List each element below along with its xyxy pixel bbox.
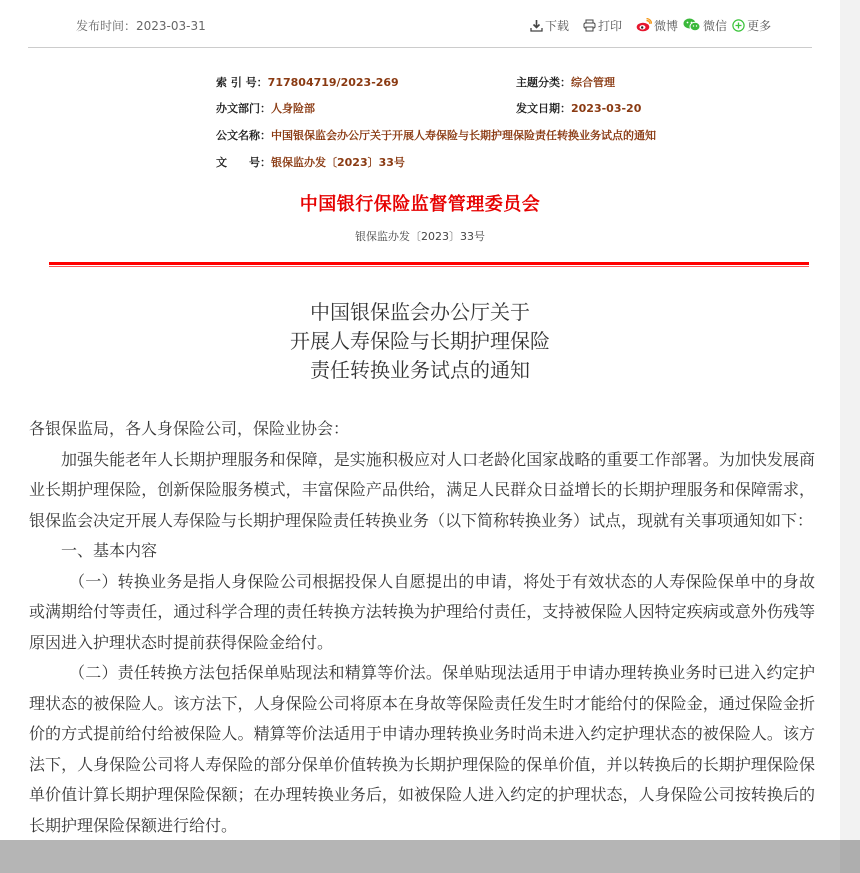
print-icon <box>583 19 596 32</box>
section-heading: 一、基本内容 <box>29 536 815 567</box>
download-button[interactable]: 下载 <box>530 17 569 34</box>
meta-issue-date: 发文日期：2023-03-20 <box>516 100 641 116</box>
meta-doc-number: 文 号：银保监办发〔2023〕33号 <box>216 154 405 170</box>
salutation: 各银保监局，各人身保险公司，保险业协会： <box>29 414 815 445</box>
document-page: 发布时间：2023-03-31 下载 打印 微博 微信 更多 <box>0 0 840 873</box>
meta-index-no: 索 引 号：717804719/2023-269 <box>216 74 399 90</box>
weibo-icon <box>636 18 652 32</box>
title-line: 开展人寿保险与长期护理保险 <box>0 327 840 356</box>
weibo-share-button[interactable]: 微博 <box>636 17 678 34</box>
meta-department: 办文部门：人身险部 <box>216 100 315 116</box>
item-paragraph: （二）责任转换方法包括保单贴现法和精算等价法。保单贴现法适用于申请办理转换业务时… <box>29 658 815 841</box>
print-button[interactable]: 打印 <box>583 17 622 34</box>
intro-paragraph: 加强失能老年人长期护理服务和保障，是实施积极应对人口老龄化国家战略的重要工作部署… <box>29 445 815 537</box>
letterhead-doc-number: 银保监办发〔2023〕33号 <box>0 228 840 244</box>
item-paragraph: （一）转换业务是指人身保险公司根据投保人自愿提出的申请，将处于有效状态的人寿保险… <box>29 567 815 659</box>
title-line: 责任转换业务试点的通知 <box>0 356 840 385</box>
letterhead-org: 中国银行保险监督管理委员会 <box>0 190 840 216</box>
more-share-button[interactable]: 更多 <box>732 17 771 34</box>
publish-time-label: 发布时间： <box>76 19 136 33</box>
letterhead-divider <box>49 262 809 265</box>
document-body: 各银保监局，各人身保险公司，保险业协会： 加强失能老年人长期护理服务和保障，是实… <box>29 414 815 841</box>
more-icon <box>732 19 745 32</box>
title-line: 中国银保监会办公厅关于 <box>0 298 840 327</box>
publish-time: 发布时间：2023-03-31 <box>76 17 206 34</box>
document-title: 中国银保监会办公厅关于 开展人寿保险与长期护理保险 责任转换业务试点的通知 <box>0 298 840 385</box>
letterhead-divider-thin <box>49 266 809 267</box>
wechat-icon <box>683 18 701 32</box>
share-tools: 下载 打印 微博 微信 更多 <box>530 16 785 34</box>
wechat-share-button[interactable]: 微信 <box>683 17 727 34</box>
meta-doc-name: 公文名称：中国银保监会办公厅关于开展人寿保险与长期护理保险责任转换业务试点的通知 <box>216 127 656 143</box>
toolbar: 发布时间：2023-03-31 下载 打印 微博 微信 更多 <box>28 0 812 48</box>
publish-time-value: 2023-03-31 <box>136 19 206 33</box>
meta-category: 主题分类：综合管理 <box>516 74 615 90</box>
bottom-overlay <box>0 840 860 873</box>
download-icon <box>530 19 543 32</box>
